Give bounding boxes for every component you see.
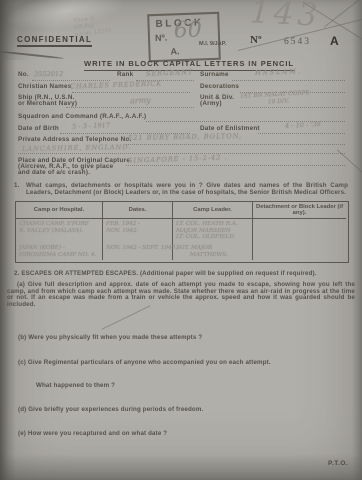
stamp-series-letter: A. bbox=[170, 46, 179, 56]
table-header-camp: Camp or Hospital. bbox=[16, 202, 103, 219]
table-entry: FEB. 1942 - NOV. 1942. bbox=[106, 221, 170, 245]
table-entry: LT. COL. HEATH R.A. MAJOR MARSDEN LT. CO… bbox=[176, 221, 250, 245]
fill-line bbox=[18, 152, 345, 154]
mi9-jap-label: M.I. 9/JAP. bbox=[199, 41, 226, 47]
table-cell-detachment bbox=[253, 219, 346, 260]
question2b-text: (b) Were you physically fit when you mad… bbox=[18, 335, 348, 342]
field-christian-names-value: CHARLES FREDERICK bbox=[70, 79, 162, 90]
table-header-detachment: Detachment or Block Leader (if any). bbox=[253, 202, 346, 219]
camps-table: Camp or Hospital. Dates. Camp Leader. De… bbox=[15, 201, 349, 263]
question2c-text: (c) Give Regimental particulars of anyon… bbox=[18, 360, 348, 367]
handwritten-line: R. VALLEY (MALAYA). bbox=[19, 228, 100, 235]
table-header-dates: Dates. bbox=[103, 202, 173, 219]
handwritten-line: JAPAN (KOBE) - bbox=[19, 245, 100, 252]
pencil-number-143: 143 bbox=[249, 0, 322, 34]
field-no-value: 3552012 bbox=[34, 70, 64, 79]
question2c-followup-text: What happened to them ? bbox=[36, 383, 336, 390]
table-entry: CHANGI CAMP, S'PORE R. VALLEY (MALAYA). bbox=[19, 221, 100, 245]
field-rank-label: Rank bbox=[117, 72, 133, 79]
fill-line bbox=[240, 106, 345, 108]
table-cell-camp: CHANGI CAMP, S'PORE R. VALLEY (MALAYA). … bbox=[16, 219, 103, 260]
table-entry: NOV. 1942 - SEPT. 1945. bbox=[106, 245, 170, 252]
field-squadron-label: Squadron and Command (R.A.F., A.A.F.) bbox=[18, 114, 146, 121]
handwritten-line: LT. COL. HEATH R.A. bbox=[176, 221, 250, 228]
field-dob-label: Date of Birth bbox=[18, 126, 59, 133]
fill-line bbox=[72, 91, 190, 93]
scan-edge-shadow-right bbox=[352, 0, 362, 480]
question2e-text: (e) How were you recaptured and on what … bbox=[18, 431, 348, 438]
fill-line bbox=[66, 106, 194, 108]
pow-questionnaire-form: CONFIDENTIAL Shaw 9 N9 Pay u.c.m. 18265 … bbox=[0, 0, 362, 480]
handwritten-line: NOV. 1942 - SEPT. 1945. bbox=[106, 245, 170, 252]
question1-text: What camps, detachments or hospitals wer… bbox=[26, 183, 348, 196]
handwritten-line: FEB. 1942 - bbox=[106, 221, 170, 228]
handwritten-line: CHANGI CAMP, S'PORE bbox=[19, 221, 100, 228]
field-unit-div-value2: 18 DIV. bbox=[268, 99, 289, 106]
field-ship-value: army bbox=[130, 95, 151, 105]
handwritten-line: MATTHEWS. bbox=[176, 252, 250, 259]
fill-line bbox=[126, 143, 345, 145]
field-no-label: No. bbox=[18, 72, 29, 79]
table-header-leader: Camp Leader. bbox=[173, 202, 253, 219]
form-serial-number: 6543 bbox=[284, 37, 311, 47]
field-dob-value: 5 - 3 - 1917 bbox=[72, 121, 110, 130]
handwritten-line: SGT. MAJOR bbox=[176, 245, 250, 252]
question1-number: 1. bbox=[14, 183, 20, 190]
scan-edge-shadow-left bbox=[0, 0, 16, 480]
field-surname-value: HASLAM. bbox=[255, 67, 302, 77]
field-address-value: 521 BURY ROAD, BOLTON, bbox=[128, 132, 242, 142]
block-number-stamp: BLOCK Nº. 60 A. bbox=[147, 12, 221, 62]
pencil-scribble-note: Shaw 9 N9 Pay u.c.m. 18265 bbox=[73, 14, 112, 39]
table-entry: SGT. MAJOR MATTHEWS. bbox=[176, 245, 250, 258]
field-rank-value: SERGEANT bbox=[146, 68, 194, 78]
field-decorations-label: Decorations bbox=[200, 84, 239, 91]
handwritten-line: LT. COL. OLDFIELD. bbox=[176, 234, 250, 241]
handwritten-line: NOV. 1942. bbox=[106, 228, 170, 235]
handwritten-line: HIROSHIMA CAMP NO. 4. bbox=[19, 252, 100, 259]
question2a-text: (a) Give full description and approx. da… bbox=[7, 282, 355, 309]
field-christian-names-label: Christian Names bbox=[18, 84, 71, 91]
stamp-number-handwritten: 60 bbox=[173, 17, 202, 43]
table-entry: JAPAN (KOBE) - HIROSHIMA CAMP NO. 4. bbox=[19, 245, 100, 258]
field-enlistment-value: 4 - 10 - '39 bbox=[285, 120, 321, 130]
field-surname-label: Surname bbox=[200, 72, 229, 79]
pencil-slash-mark bbox=[102, 305, 151, 330]
question2d-text: (d) Give briefly your experiences during… bbox=[18, 407, 348, 414]
table-cell-leader: LT. COL. HEATH R.A. MAJOR MARSDEN LT. CO… bbox=[173, 219, 253, 260]
field-capture-label3: and date of a/c crash). bbox=[18, 170, 90, 177]
stamp-no-label: Nº. bbox=[155, 33, 168, 43]
table-cell-dates: FEB. 1942 - NOV. 1942. NOV. 1942 - SEPT.… bbox=[103, 219, 173, 260]
scan-edge-shadow-bottom bbox=[0, 454, 362, 480]
fill-line bbox=[232, 79, 345, 81]
question2-heading: 2. ESCAPES OR ATTEMPTED ESCAPES. (Additi… bbox=[14, 271, 354, 278]
field-capture-value: SINGAPORE - 15-2-42 . bbox=[128, 153, 228, 164]
fill-line bbox=[126, 164, 345, 166]
pto-label: P.T.O. bbox=[328, 460, 348, 467]
form-series-letter: A bbox=[330, 34, 339, 48]
field-unit-div-label2: (Army) bbox=[200, 101, 222, 108]
fill-line bbox=[258, 132, 345, 134]
form-number-symbol: Nº bbox=[250, 34, 262, 46]
